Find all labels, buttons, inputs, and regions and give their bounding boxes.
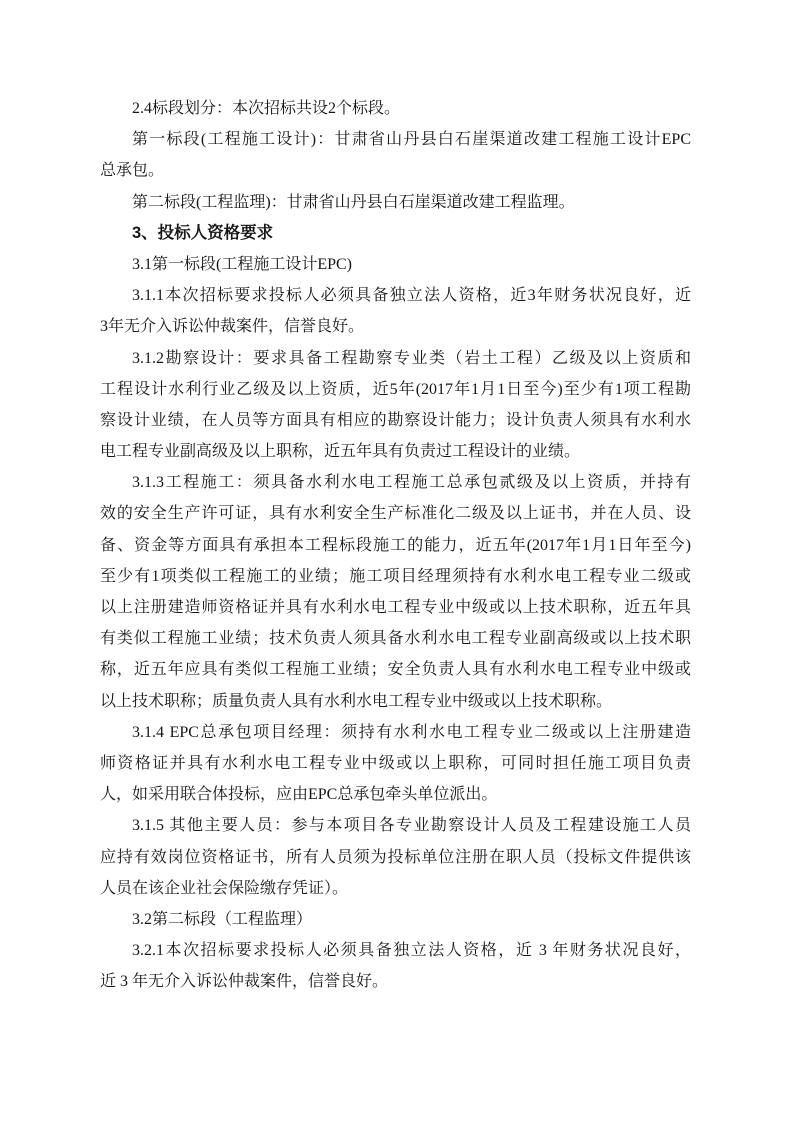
- text-line: 察设计业绩，在人员等方面具有相应的勘察设计能力；设计负责人须具有水利水: [100, 405, 691, 436]
- text-line: 以上注册建造师资格证并具有水利水电工程专业中级或以上技术职称，近五年具: [100, 592, 691, 623]
- text-line: 应持有效岗位资格证书，所有人员须为投标单位注册在职人员（投标文件提供该: [100, 842, 691, 873]
- text-line: 3.1.5 其他主要人员：参与本项目各专业勘察设计人员及工程建设施工人员: [100, 810, 691, 841]
- text-line: 第二标段(工程监理)：甘肃省山丹县白石崖渠道改建工程监理。: [100, 187, 691, 218]
- text-line: 2.4标段划分：本次招标共设2个标段。: [100, 93, 691, 124]
- text-line: 3.1.4 EPC总承包项目经理：须持有水利水电工程专业二级或以上注册建造: [100, 717, 691, 748]
- text-line: 工程设计水利行业乙级及以上资质，近5年(2017年1月1日至今)至少有1项工程勘: [100, 374, 691, 405]
- text-line: 人员在该企业社会保险缴存凭证）。: [100, 873, 691, 904]
- text-line: 3.1第一标段(工程施工设计EPC): [100, 249, 691, 280]
- text-line: 第一标段(工程施工设计)：甘肃省山丹县白石崖渠道改建工程施工设计EPC: [100, 124, 691, 155]
- text-line: 至少有1项类似工程施工的业绩；施工项目经理须持有水利水电工程专业二级或: [100, 561, 691, 592]
- text-line: 有类似工程施工业绩；技术负责人须具备水利水电工程专业副高级或以上技术职: [100, 623, 691, 654]
- text-line: 3年无介入诉讼仲裁案件，信誉良好。: [100, 311, 691, 342]
- text-line: 3.1.2勘察设计：要求具备工程勘察专业类（岩土工程）乙级及以上资质和: [100, 343, 691, 374]
- text-line: 3.2第二标段（工程监理）: [100, 904, 691, 935]
- text-line: 备、资金等方面具有承担本工程标段施工的能力，近五年(2017年1月1日年至今): [100, 530, 691, 561]
- text-line: 效的安全生产许可证，具有水利安全生产标准化二级及以上证书，并在人员、设: [100, 498, 691, 529]
- document-body: 2.4标段划分：本次招标共设2个标段。第一标段(工程施工设计)：甘肃省山丹县白石…: [100, 93, 691, 997]
- text-line: 人，如采用联合体投标，应由EPC总承包牵头单位派出。: [100, 779, 691, 810]
- text-line: 以上技术职称；质量负责人具有水利水电工程专业中级或以上技术职称。: [100, 686, 691, 717]
- text-line: 3.1.1本次招标要求投标人必须具备独立法人资格，近3年财务状况良好，近: [100, 280, 691, 311]
- text-line: 师资格证并具有水利水电工程专业中级或以上职称，可同时担任施工项目负责: [100, 748, 691, 779]
- heading-line: 3、投标人资格要求: [100, 218, 691, 249]
- text-line: 总承包。: [100, 155, 691, 186]
- text-line: 3.1.3工程施工：须具备水利水电工程施工总承包贰级及以上资质，并持有: [100, 467, 691, 498]
- text-line: 称，近五年应具有类似工程施工业绩；安全负责人具有水利水电工程专业中级或: [100, 654, 691, 685]
- text-line: 电工程专业副高级及以上职称，近五年具有负责过工程设计的业绩。: [100, 436, 691, 467]
- text-line: 3.2.1本次招标要求投标人必须具备独立法人资格，近 3 年财务状况良好，: [100, 935, 691, 966]
- document-page: 2.4标段划分：本次招标共设2个标段。第一标段(工程施工设计)：甘肃省山丹县白石…: [0, 0, 793, 1122]
- text-line: 近 3 年无介入诉讼仲裁案件，信誉良好。: [100, 966, 691, 997]
